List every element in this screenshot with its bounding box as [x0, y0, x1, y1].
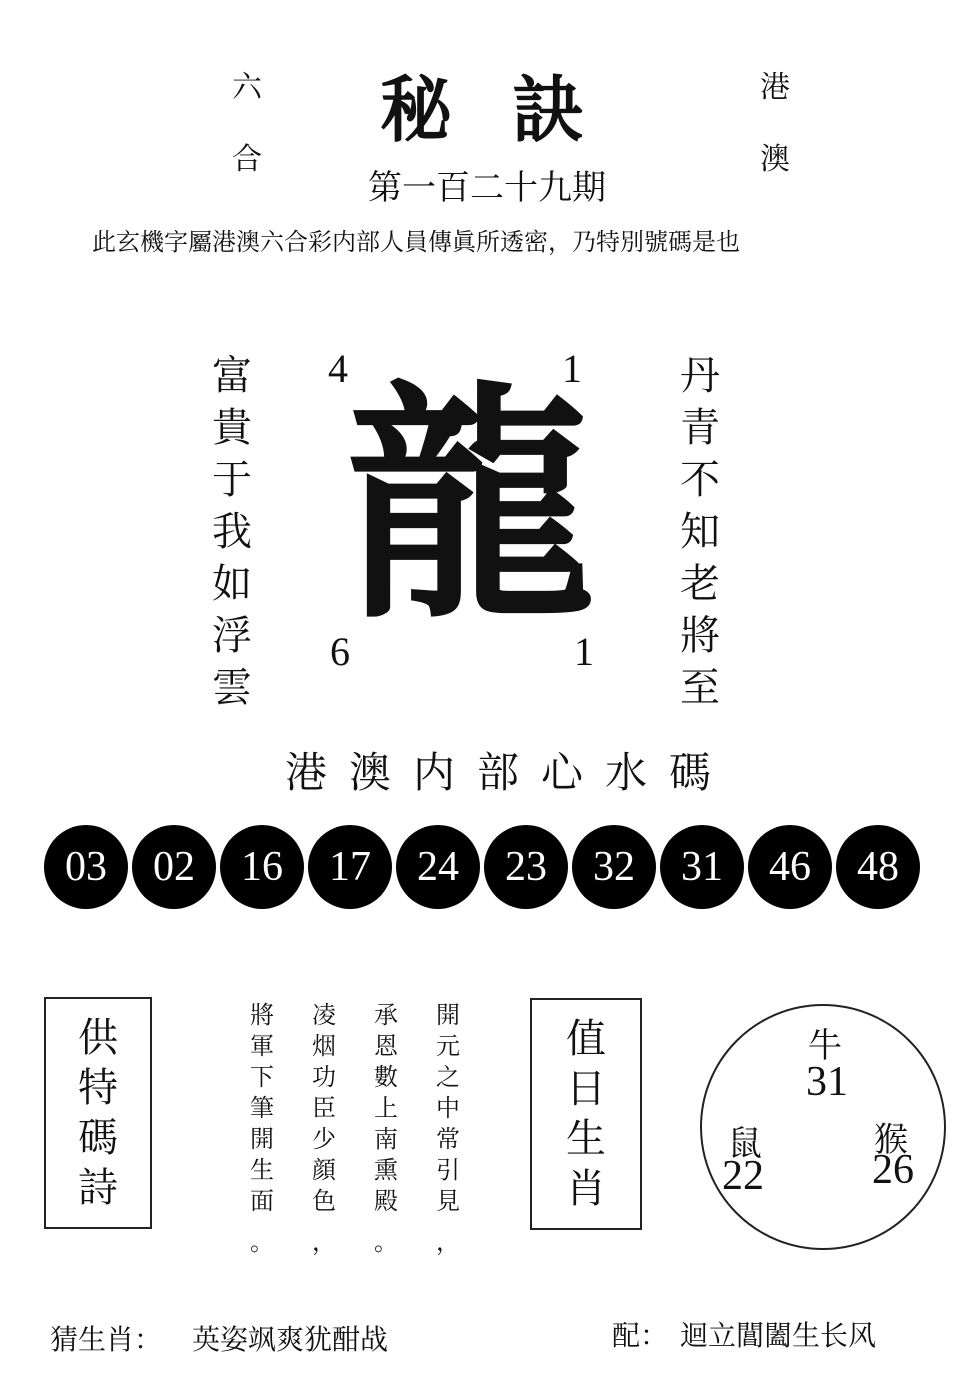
poem-punct: ，: [312, 1227, 336, 1258]
corner-left-top: 六: [232, 62, 262, 106]
poem-char: 少: [312, 1124, 336, 1155]
poem-char: 熏: [374, 1155, 398, 1186]
poem-char: 承: [374, 1000, 398, 1031]
poem-char: 筆: [250, 1093, 274, 1124]
poem-punct: 。: [250, 1227, 274, 1258]
page-title: 秘訣: [380, 52, 644, 156]
poem-column: 開 元 之 中 常 引 見 ，: [436, 1000, 460, 1258]
poem-punct: ，: [436, 1227, 460, 1258]
number-ball: 02: [132, 825, 216, 909]
number-ball: 31: [660, 825, 744, 909]
poem-char: 開: [436, 1000, 460, 1031]
match-text: 迴立閶闔生长风: [680, 1314, 876, 1354]
verse-char: 富: [212, 350, 252, 402]
number-balls: 03 02 16 17 24 23 32 31 46 48: [44, 825, 920, 909]
label-char: 肖: [566, 1164, 606, 1214]
label-char: 日: [566, 1064, 606, 1114]
poem-column: 將 軍 下 筆 開 生 面 。: [250, 1000, 274, 1258]
poem-char: 殿: [374, 1186, 398, 1217]
label-char: 特: [78, 1063, 118, 1113]
poem-char: 下: [250, 1062, 274, 1093]
poem-char: 南: [374, 1124, 398, 1155]
poem-char: 開: [250, 1124, 274, 1155]
zodiac-top-number: 31: [806, 1058, 848, 1106]
poem-char: 中: [436, 1093, 460, 1124]
poem-char: 將: [250, 1000, 274, 1031]
poem-label-box: 供 特 碼 詩: [44, 997, 152, 1229]
poem-char: 軍: [250, 1031, 274, 1062]
zodiac-label-box: 值 日 生 肖: [530, 998, 642, 1230]
number-ball: 16: [220, 825, 304, 909]
verse-char: 青: [680, 402, 720, 454]
label-char: 值: [566, 1014, 606, 1064]
number-ball: 03: [44, 825, 128, 909]
poem-punct: 。: [374, 1227, 398, 1258]
description: 此玄機字屬港澳六合彩内部人員傳眞所透密，乃特別號碼是也: [92, 222, 740, 257]
right-verse: 丹 青 不 知 老 將 至: [680, 350, 720, 714]
poem-char: 功: [312, 1062, 336, 1093]
poem-char: 數: [374, 1062, 398, 1093]
label-char: 碼: [78, 1113, 118, 1163]
label-char: 生: [566, 1114, 606, 1164]
verse-char: 至: [680, 662, 720, 714]
number-ball: 23: [484, 825, 568, 909]
verse-char: 老: [680, 558, 720, 610]
number-ball: 17: [308, 825, 392, 909]
verse-char: 知: [680, 506, 720, 558]
poem-char: 引: [436, 1155, 460, 1186]
match-label: 配：: [612, 1314, 668, 1354]
poem-char: 見: [436, 1186, 460, 1217]
poem-char: 上: [374, 1093, 398, 1124]
verse-char: 浮: [212, 610, 252, 662]
verse-char: 將: [680, 610, 720, 662]
number-ball: 32: [572, 825, 656, 909]
big-character: 龍: [345, 370, 595, 640]
poem: 開 元 之 中 常 引 見 ， 承 恩 數 上 南 熏 殿 。 凌 烟 功 臣 …: [250, 1000, 460, 1258]
poem-char: 之: [436, 1062, 460, 1093]
verse-char: 于: [212, 454, 252, 506]
issue-number: 第一百二十九期: [368, 160, 606, 209]
number-ball: 46: [748, 825, 832, 909]
poem-char: 臣: [312, 1093, 336, 1124]
poem-char: 恩: [374, 1031, 398, 1062]
label-char: 詩: [78, 1163, 118, 1213]
verse-char: 我: [212, 506, 252, 558]
verse-char: 貴: [212, 402, 252, 454]
poem-char: 烟: [312, 1031, 336, 1062]
verse-char: 如: [212, 558, 252, 610]
verse-char: 雲: [212, 662, 252, 714]
poem-char: 面: [250, 1186, 274, 1217]
corner-right-top: 港: [760, 62, 790, 106]
number-ball: 48: [836, 825, 920, 909]
label-char: 供: [78, 1013, 118, 1063]
corner-right-bottom: 澳: [760, 134, 790, 178]
subtitle: 港澳内部心水碼: [285, 740, 733, 800]
verse-char: 不: [680, 454, 720, 506]
poem-char: 凌: [312, 1000, 336, 1031]
left-verse: 富 貴 于 我 如 浮 雲: [212, 350, 252, 714]
poem-char: 常: [436, 1124, 460, 1155]
guess-label: 猜生肖：: [50, 1318, 162, 1358]
zodiac-right-number: 26: [872, 1146, 914, 1194]
poem-char: 元: [436, 1031, 460, 1062]
verse-char: 丹: [680, 350, 720, 402]
corner-left-bottom: 合: [232, 134, 262, 178]
poem-char: 顔: [312, 1155, 336, 1186]
zodiac-left-number: 22: [722, 1152, 764, 1200]
poem-char: 色: [312, 1186, 336, 1217]
number-ball: 24: [396, 825, 480, 909]
poem-char: 生: [250, 1155, 274, 1186]
poem-column: 凌 烟 功 臣 少 顔 色 ，: [312, 1000, 336, 1258]
poem-column: 承 恩 數 上 南 熏 殿 。: [374, 1000, 398, 1258]
guess-text: 英姿飒爽犹酣战: [192, 1318, 388, 1358]
zodiac-circle: 牛 31 鼠 22 猴 26: [700, 1004, 946, 1250]
